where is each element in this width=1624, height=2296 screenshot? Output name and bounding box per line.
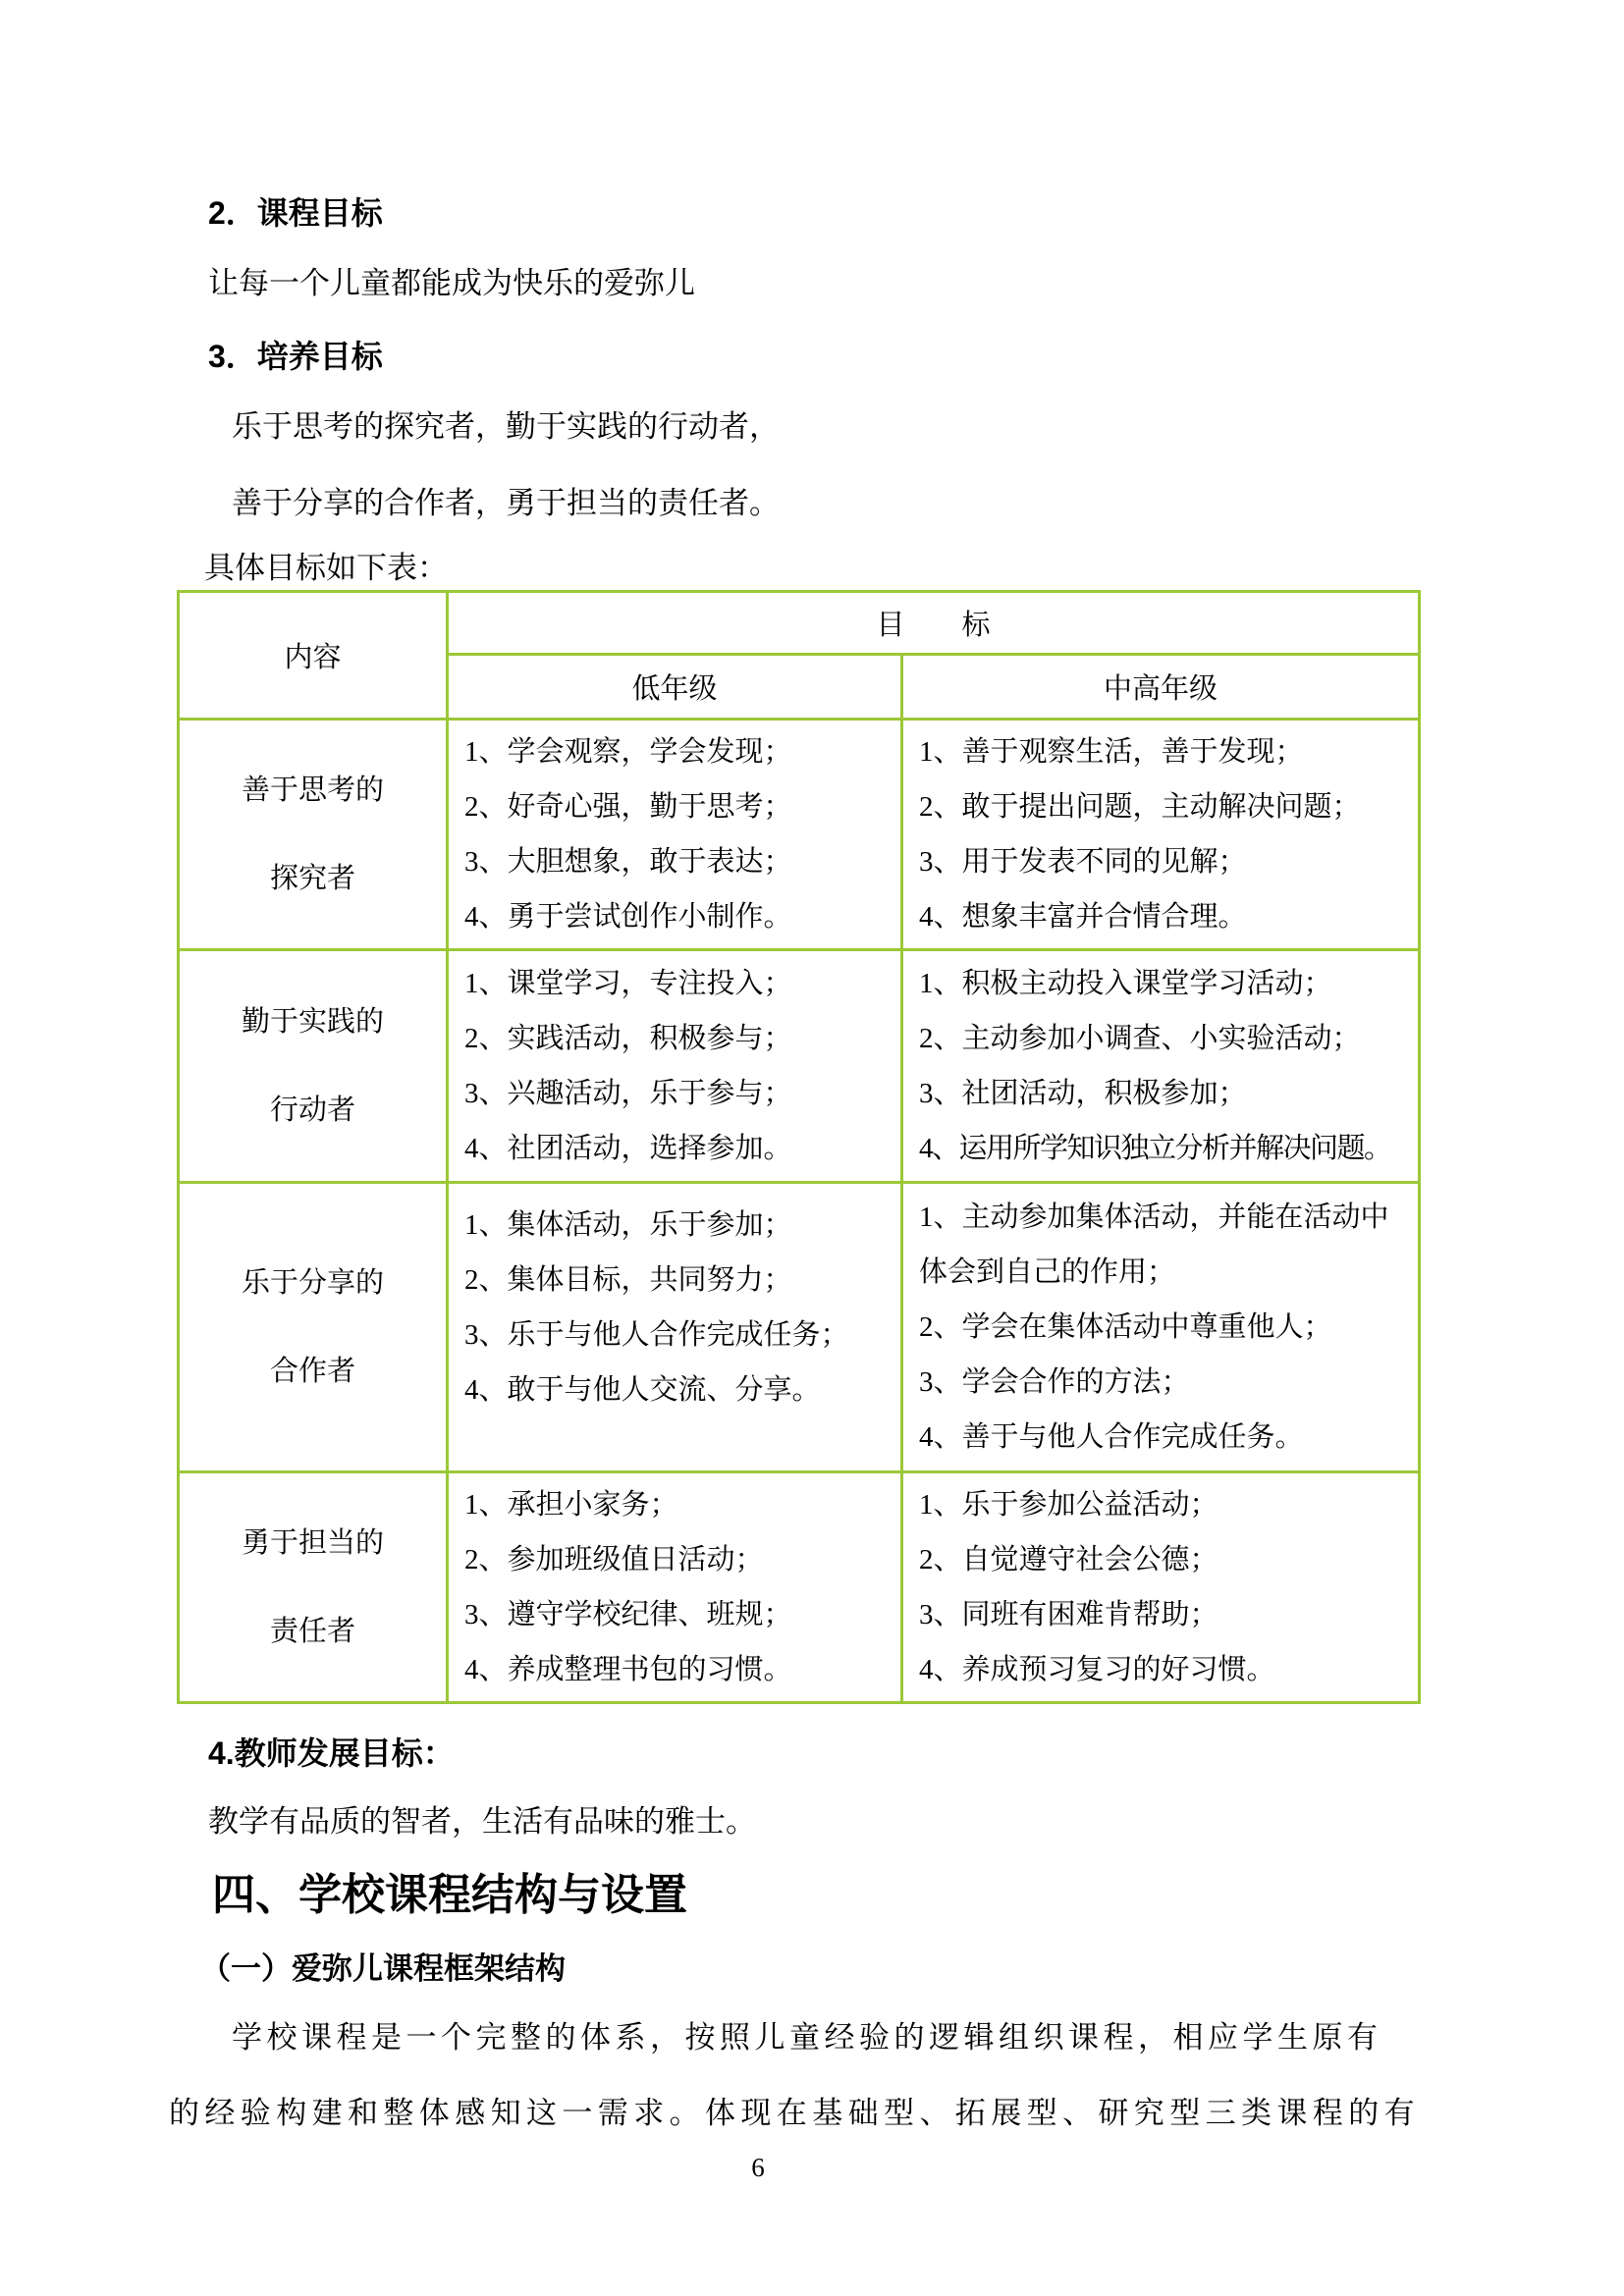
goal-item: 2、主动参加小调查、小实验活动； (919, 1011, 1410, 1066)
goal-item: 1、乐于参加公益活动； (919, 1477, 1410, 1532)
goal-item: 1、集体活动，乐于参加； (464, 1198, 893, 1253)
goal-item: 1、主动参加集体活动，并能在活动中体会到自己的作用； (919, 1190, 1410, 1300)
goal-item: 4、运用所学知识独立分析并解决问题。 (919, 1121, 1410, 1176)
subsection-1-heading: （一）爱弥儿课程框架结构 (200, 1948, 1447, 1991)
mid-high-grade-cell: 1、善于观察生活，善于发现； 2、敢于提出问题，主动解决问题； 3、用于发表不同… (902, 720, 1420, 950)
teacher-goal-text: 教学有品质的智者，生活有品味的雅士。 (208, 1800, 1447, 1843)
course-goal-text: 让每一个儿童都能成为快乐的爱弥儿 (208, 262, 1447, 305)
goal-item: 2、参加班级值日活动； (464, 1532, 893, 1587)
goal-item: 3、社团活动，积极参加； (919, 1066, 1410, 1121)
category-cell: 勇于担当的 责任者 (179, 1472, 448, 1703)
section-4-teacher-heading: 4.教师发展目标： (208, 1732, 1447, 1775)
section-3-heading: 3．培养目标 (208, 335, 1447, 378)
mid-high-grade-cell: 1、乐于参加公益活动； 2、自觉遵守社会公德； 3、同班有困难肯帮助； 4、养成… (902, 1472, 1420, 1703)
goal-item: 4、养成整理书包的习惯。 (464, 1642, 893, 1697)
chapter-4-heading: 四、学校课程结构与设置 (212, 1867, 1447, 1924)
cultivation-line-1: 乐于思考的探究者，勤于实践的行动者， (232, 405, 1447, 449)
table-row: 勇于担当的 责任者 1、承担小家务； 2、参加班级值日活动； 3、遵守学校纪律、… (179, 1472, 1420, 1703)
content-header-cell: 内容 (179, 592, 448, 720)
table-row: 勤于实践的 行动者 1、课堂学习，专注投入； 2、实践活动，积极参与； 3、兴趣… (179, 950, 1420, 1183)
page-number: 6 (177, 2151, 1339, 2184)
table-row: 善于思考的 探究者 1、学会观察，学会发现； 2、好奇心强，勤于思考； 3、大胆… (179, 720, 1420, 950)
goal-item: 1、学会观察，学会发现； (464, 724, 893, 779)
low-grade-cell: 1、课堂学习，专注投入； 2、实践活动，积极参与； 3、兴趣活动，乐于参与； 4… (448, 950, 902, 1183)
goal-item: 2、敢于提出问题，主动解决问题； (919, 779, 1410, 834)
goal-item: 1、课堂学习，专注投入； (464, 956, 893, 1011)
goal-item: 4、社团活动，选择参加。 (464, 1121, 893, 1176)
goal-item: 3、遵守学校纪律、班规； (464, 1587, 893, 1642)
goal-header-cell: 目 标 (448, 592, 1420, 655)
goal-item: 4、养成预习复习的好习惯。 (919, 1642, 1410, 1697)
low-grade-cell: 1、集体活动，乐于参加； 2、集体目标，共同努力； 3、乐于与他人合作完成任务；… (448, 1183, 902, 1472)
goal-item: 1、承担小家务； (464, 1477, 893, 1532)
goal-item: 2、集体目标，共同努力； (464, 1253, 893, 1308)
category-cell: 善于思考的 探究者 (179, 720, 448, 950)
low-grade-header-cell: 低年级 (448, 655, 902, 720)
mid-high-grade-cell: 1、主动参加集体活动，并能在活动中体会到自己的作用； 2、学会在集体活动中尊重他… (902, 1183, 1420, 1472)
goal-item: 2、自觉遵守社会公德； (919, 1532, 1410, 1587)
goal-item: 1、善于观察生活，善于发现； (919, 724, 1410, 779)
goals-table: 内容 目 标 低年级 中高年级 善于思考的 探究者 1、学会观察，学会发现； 2… (177, 590, 1421, 1704)
category-cell: 乐于分享的 合作者 (179, 1183, 448, 1472)
goal-item: 3、用于发表不同的见解； (919, 834, 1410, 889)
category-cell: 勤于实践的 行动者 (179, 950, 448, 1183)
goal-item: 2、好奇心强，勤于思考； (464, 779, 893, 834)
goal-item: 4、勇于尝试创作小制作。 (464, 889, 893, 944)
mid-high-grade-cell: 1、积极主动投入课堂学习活动； 2、主动参加小调查、小实验活动； 3、社团活动，… (902, 950, 1420, 1183)
goal-item: 1、积极主动投入课堂学习活动； (919, 956, 1410, 1011)
low-grade-cell: 1、承担小家务； 2、参加班级值日活动； 3、遵守学校纪律、班规； 4、养成整理… (448, 1472, 902, 1703)
section-2-heading: 2．课程目标 (208, 191, 1447, 235)
cultivation-line-2: 善于分享的合作者，勇于担当的责任者。 (232, 482, 1447, 525)
framework-line-2: 的经验构建和整体感知这一需求。体现在基础型、拓展型、研究型三类课程的有 (169, 2092, 1447, 2135)
goal-item: 3、乐于与他人合作完成任务； (464, 1308, 893, 1362)
goal-item: 2、实践活动，积极参与； (464, 1011, 893, 1066)
mid-high-grade-header-cell: 中高年级 (902, 655, 1420, 720)
table-row: 乐于分享的 合作者 1、集体活动，乐于参加； 2、集体目标，共同努力； 3、乐于… (179, 1183, 1420, 1472)
goal-item: 3、大胆想象，敢于表达； (464, 834, 893, 889)
goal-item: 2、学会在集体活动中尊重他人； (919, 1300, 1410, 1355)
goal-item: 4、敢于与他人交流、分享。 (464, 1362, 893, 1417)
goal-item: 3、兴趣活动，乐于参与； (464, 1066, 893, 1121)
framework-line-1: 学校课程是一个完整的体系，按照儿童经验的逻辑组织课程，相应学生原有 (232, 2016, 1447, 2059)
low-grade-cell: 1、学会观察，学会发现； 2、好奇心强，勤于思考； 3、大胆想象，敢于表达； 4… (448, 720, 902, 950)
goal-item: 4、善于与他人合作完成任务。 (919, 1410, 1410, 1465)
table-lead-in: 具体目标如下表： (204, 547, 1447, 590)
goal-item: 3、同班有困难肯帮助； (919, 1587, 1410, 1642)
document-page: 2．课程目标 让每一个儿童都能成为快乐的爱弥儿 3．培养目标 乐于思考的探究者，… (0, 0, 1624, 2296)
goal-item: 3、学会合作的方法； (919, 1355, 1410, 1410)
goal-item: 4、想象丰富并合情合理。 (919, 889, 1410, 944)
